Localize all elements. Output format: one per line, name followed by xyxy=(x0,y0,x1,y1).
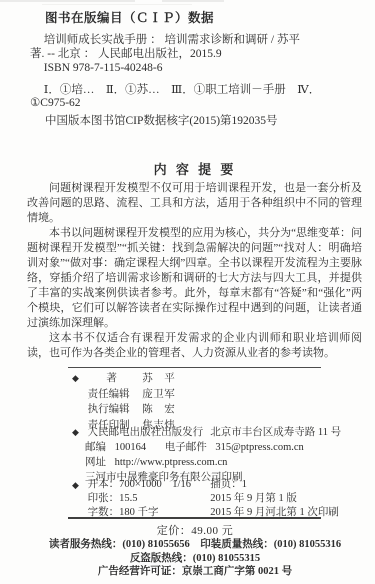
insert-pages: 插页：1 xyxy=(210,479,247,490)
summary-body: 问题树课程开发模型不仅可用于培训课程开发，也是一套分析及改善问题的思路、流程、工… xyxy=(27,181,362,361)
website-label: 网址 xyxy=(85,457,106,468)
format-row: ◆ 开本：700×1000 1/16 插页：1 xyxy=(72,478,372,492)
sheet-size: 开本：700×1000 1/16 xyxy=(88,478,208,492)
publisher-address: 北京市丰台区成寿寺路 11 号 xyxy=(210,427,341,438)
publisher-row: ◆ 人民邮电出版社出版发行 北京市丰台区成寿寺路 11 号 xyxy=(72,425,372,440)
website-row: 网址 http://www.ptpress.com.cn xyxy=(72,455,372,470)
anti-piracy-hotline: 反盗版热线：(010) 81055315 xyxy=(20,552,370,566)
format-block: ◆ 开本：700×1000 1/16 插页：1 印张：15.5 2015 年 9… xyxy=(72,478,372,520)
email-value: 315@ptpress.com.cn xyxy=(215,442,303,453)
printed-sheets: 印张：15.5 xyxy=(88,492,208,506)
summary-title: 内 容 提 要 xyxy=(28,159,362,178)
scan-artifact xyxy=(0,0,135,2)
website-value: http://www.ptpress.com.cn xyxy=(115,457,228,468)
divider-bottom xyxy=(68,517,321,519)
cip-publisher-line: 著. -- 北京 ： 人民邮电出版社，2015.9 xyxy=(30,47,365,61)
scan-artifact xyxy=(162,0,224,2)
credit-value: 庞卫军 xyxy=(142,389,175,400)
reader-service-hotline: 读者服务热线：(010) 81055656 印装质量热线：(010) 81055… xyxy=(20,538,370,552)
isbn: ISBN 978-7-115-40248-6 xyxy=(30,61,365,75)
cip-record-block: 培训师成长实战手册 ： 培训需求诊断和调研 / 苏平 著. -- 北京 ： 人民… xyxy=(30,33,365,75)
postcode-value: 100164 xyxy=(115,442,147,453)
credit-row-exec-editor: 执行编辑 陈 宏 xyxy=(72,402,322,418)
credit-label: 著 xyxy=(88,371,136,387)
diamond-bullet-icon: ◆ xyxy=(72,371,85,387)
credit-value: 苏 平 xyxy=(142,373,175,384)
scan-artifact xyxy=(42,4,192,5)
credit-row-editor: 责任编辑 庞卫军 xyxy=(72,387,322,403)
credits-block: ◆ 著 苏 平 责任编辑 庞卫军 执行编辑 陈 宏 责任印制 焦志炜 xyxy=(72,371,322,433)
credit-label: 责任编辑 xyxy=(88,387,136,403)
publisher-block: ◆ 人民邮电出版社出版发行 北京市丰台区成寿寺路 11 号 邮编 100164 … xyxy=(72,425,372,485)
credit-label: 执行编辑 xyxy=(88,402,136,418)
cip-header: 图书在版编目（ＣＩＰ）数据 xyxy=(45,8,214,26)
diamond-bullet-icon: ◆ xyxy=(72,425,85,440)
ad-license-number: 广告经营许可证：京崇工商广字第 0021 号 xyxy=(20,565,370,579)
cip-classification-block: Ⅰ．①培… Ⅱ．①苏… Ⅲ．①职工培训－手册 Ⅳ． ①C975-62 xyxy=(30,84,365,110)
price: 定价：49.00 元 xyxy=(20,522,370,538)
cip-title-line: 培训师成长实战手册 ： 培训需求诊断和调研 / 苏平 xyxy=(30,33,365,47)
credit-row-author: ◆ 著 苏 平 xyxy=(72,371,322,387)
hotlines-block: 读者服务热线：(010) 81055656 印装质量热线：(010) 81055… xyxy=(20,538,370,579)
postcode-label: 邮编 xyxy=(85,442,106,453)
diamond-bullet-icon: ◆ xyxy=(72,478,85,492)
classification-line2: ①C975-62 xyxy=(30,97,365,110)
credit-value: 陈 宏 xyxy=(142,404,175,415)
cip-registry-number: 中国版本图书馆CIP数据核字(2015)第192035号 xyxy=(45,112,278,128)
classification-line1: Ⅰ．①培… Ⅱ．①苏… Ⅲ．①职工培训－手册 Ⅳ． xyxy=(30,84,365,97)
summary-paragraph-2: 本书以问题树课程开发模型的应用为核心，共分为“思维变革：问题树课程开发模型”“抓… xyxy=(27,226,362,331)
divider-top xyxy=(68,367,321,368)
format-row: 印张：15.5 2015 年 9 月第 1 版 xyxy=(72,492,372,506)
summary-paragraph-1: 问题树课程开发模型不仅可用于培训课程开发，也是一套分析及改善问题的思路、流程、工… xyxy=(27,181,362,226)
book-copyright-page: 图书在版编目（ＣＩＰ）数据 培训师成长实战手册 ： 培训需求诊断和调研 / 苏平… xyxy=(0,0,375,584)
edition-date: 2015 年 9 月第 1 版 xyxy=(210,493,297,504)
publisher-name: 人民邮电出版社出版发行 xyxy=(88,425,208,440)
postcode-email-row: 邮编 100164 电子邮件 315@ptpress.com.cn xyxy=(72,440,372,455)
email-label: 电子邮件 xyxy=(165,442,207,453)
summary-paragraph-3: 这本书不仅适合有课程开发需求的企业内训师和职业培训师阅读，也可作为各类企业的管理… xyxy=(27,331,362,361)
